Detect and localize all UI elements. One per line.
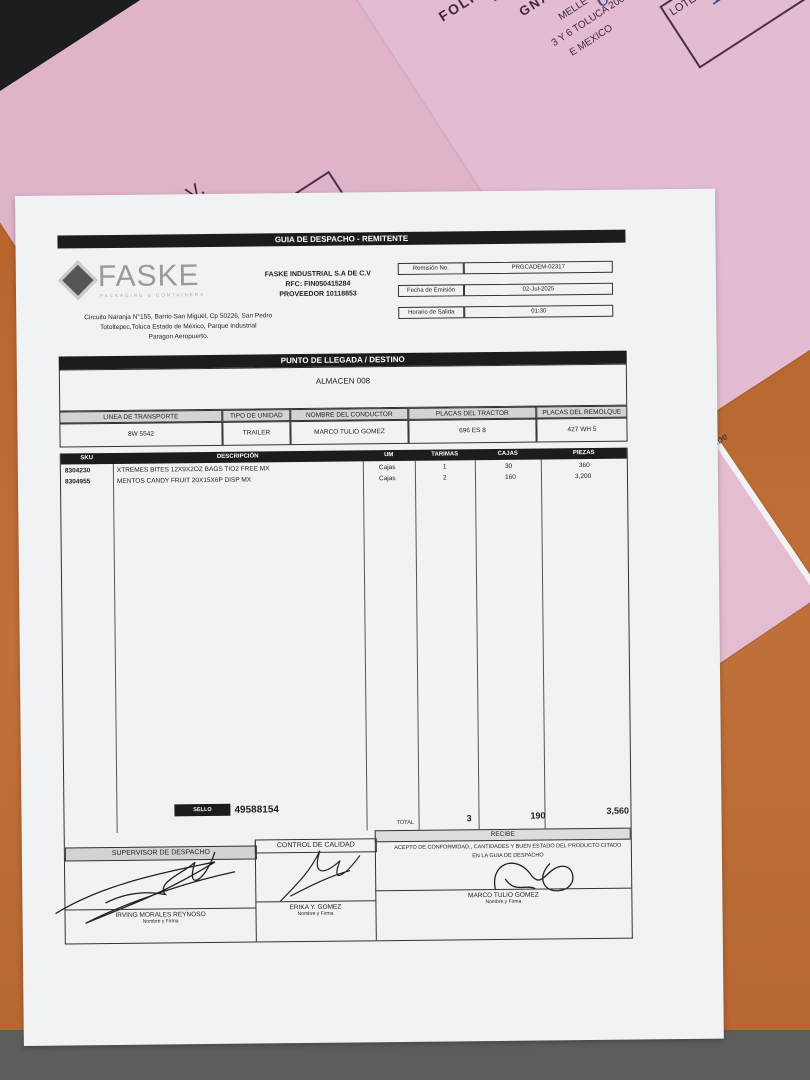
company-info: FASKE INDUSTRIAL S.A DE C.V RFC: FIN0504…	[258, 269, 378, 300]
address-line-3: Paragon Aeropuerto.	[58, 331, 298, 344]
logo-brand: FASKE	[98, 259, 200, 294]
meta-fecha: Fecha de Emisión 02-Jul-2025	[398, 283, 613, 297]
transport-value: 427 WH 5	[536, 418, 627, 443]
header-sku: SKU	[61, 453, 113, 465]
items-table: SKU DESCRIPCIÓN UM TARIMAS CAJAS PIEZAS …	[60, 448, 632, 834]
item-description: MENTOS CANDY FRUIT 20X15X6P DISP MX	[117, 477, 251, 485]
signatures-block: RECIBE SUPERVISOR DE DESPACHO CONTROL DE…	[64, 828, 633, 945]
transport-value: 8W 5542	[59, 422, 222, 448]
transport-header: TIPO DE UNIDAD	[222, 409, 290, 422]
item-sku: 8304230	[65, 467, 90, 474]
seal-label: SELLO	[174, 804, 230, 817]
header-piezas: PIEZAS	[541, 448, 627, 460]
meta-remision: Remisión No. PRGCADEM-02317	[398, 261, 613, 275]
logo-diamond-icon	[58, 261, 98, 301]
header-section: FASKE PACKAGING & CONTAINERS FASKE INDUS…	[58, 243, 627, 349]
meta-fecha-label: Fecha de Emisión	[398, 284, 464, 297]
total-tarimas: 3	[466, 813, 471, 823]
total-piezas: 3,560	[606, 806, 629, 816]
transport-value: TRAILER	[222, 421, 290, 446]
totals-label: TOTAL	[397, 820, 414, 826]
meta-remision-label: Remisión No.	[398, 262, 464, 275]
meta-fecha-value: 02-Jul-2025	[464, 283, 613, 297]
transport-table: LINEA DE TRANSPORTE TIPO DE UNIDAD NOMBR…	[59, 406, 627, 448]
item-cajas: 160	[505, 474, 516, 481]
column-divider	[475, 460, 480, 829]
supervisor-name-block: IRVING MORALES REYNOSO Nombre y Firma	[65, 908, 255, 926]
header-tarimas: TARIMAS	[415, 449, 475, 461]
transport-values: 8W 5542 TRAILER MARCO TULIO GOMEZ 696 ES…	[59, 418, 627, 448]
dispatch-guide: GUIA DE DESPACHO - REMITENTE FASKE PACKA…	[57, 230, 632, 945]
item-um: Cajas	[379, 464, 396, 471]
column-divider	[541, 459, 546, 828]
header-cajas: CAJAS	[475, 449, 541, 461]
item-sku: 8304955	[65, 478, 90, 485]
receiver-caption: Nombre y Firma	[375, 898, 631, 907]
column-divider	[113, 464, 118, 833]
total-cajas: 190	[530, 810, 545, 820]
transport-value: 696 ES 8	[408, 419, 536, 444]
seal: SELLO 49588154	[174, 803, 279, 816]
company-proveedor: PROVEEDOR 10118853	[258, 289, 378, 300]
pink-back-folio-label: FOLIO	[436, 0, 489, 25]
column-divider	[363, 461, 368, 830]
item-piezas: 360	[579, 462, 590, 469]
dispatch-guide-sheet: GUIA DE DESPACHO - REMITENTE FASKE PACKA…	[15, 189, 724, 1046]
header-description: DESCRIPCIÓN	[113, 450, 363, 464]
supervisor-title: SUPERVISOR DE DESPACHO	[65, 846, 257, 862]
faske-logo: FASKE PACKAGING & CONTAINERS	[64, 259, 224, 301]
company-name: FASKE INDUSTRIAL S.A DE C.V	[258, 269, 378, 280]
pink-back-lote: 177	[702, 0, 747, 10]
receive-heading: RECIBE	[375, 828, 631, 843]
item-um: Cajas	[379, 475, 396, 482]
receiver-statement: ACEPTO DE CONFORMIDAD,, CANTIDADES Y BUE…	[383, 842, 633, 863]
company-address: Circuito Naranja N°155, Barrio San Migue…	[58, 311, 298, 344]
quality-name-block: ERIKA Y. GOMEZ Nombre y Firma	[255, 900, 375, 917]
seal-value: 49588154	[234, 804, 279, 815]
item-cajas: 30	[505, 463, 512, 470]
logo-tagline: PACKAGING & CONTAINERS	[100, 292, 205, 298]
meta-horario: Horario de Salida 01:30	[398, 305, 613, 319]
pink-back-lote-label: LOTE	[668, 0, 699, 18]
pink-back-lote-box: LOTE 177	[659, 0, 810, 69]
item-tarimas: 2	[443, 474, 447, 481]
transport-value: MARCO TULIO GOMEZ	[290, 420, 408, 445]
transport-header: PLACAS DEL REMOLQUE	[536, 406, 627, 419]
column-divider	[415, 461, 420, 830]
supervisor-caption: Nombre y Firma	[66, 918, 256, 926]
destination-value-box: ALMACEN 008	[59, 364, 627, 412]
quality-title: CONTROL DE CALIDAD	[255, 838, 377, 853]
meta-remision-value: PRGCADEM-02317	[464, 261, 613, 275]
meta-horario-value: 01:30	[464, 305, 613, 319]
item-piezas: 3,200	[575, 473, 591, 480]
receiver-name-block: MARCO TULIO GOMEZ Nombre y Firma	[375, 888, 631, 907]
meta-fields: Remisión No. PRGCADEM-02317 Fecha de Emi…	[398, 261, 614, 319]
header-um: UM	[363, 450, 415, 462]
destination-value: ALMACEN 008	[316, 376, 370, 386]
item-description: XTREMES BITES 12X9X2OZ BAGS TIO2 FREE MX	[117, 465, 270, 474]
item-tarimas: 1	[443, 463, 447, 470]
quality-caption: Nombre y Firma	[256, 910, 376, 917]
meta-horario-label: Horario de Salida	[398, 306, 464, 319]
